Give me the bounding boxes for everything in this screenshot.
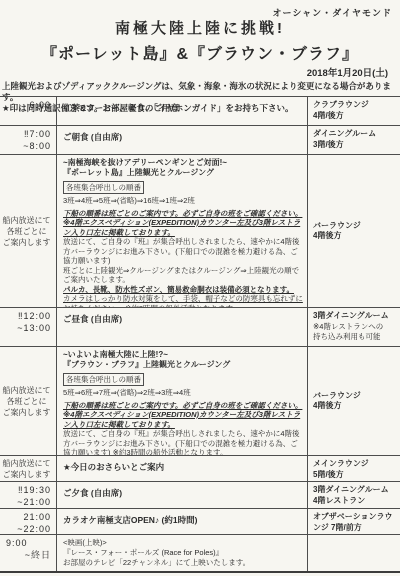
announce-line: 各班ごとに xyxy=(2,226,51,237)
call-order-sequence: 5班⇒6班⇒7班⇒(省略)⇒2班⇒3班⇒4班 xyxy=(63,388,303,398)
broadcast-paragraph: 放送にて、ご自身の『班』が集合呼出しされましたら、速やかに4階後方バーラウンジに… xyxy=(63,237,303,266)
location-deck: 5階/後方 xyxy=(313,470,398,481)
announce-cell: 船内放送にて 各班ごとに ご案内します xyxy=(0,155,57,307)
rotation-paragraph: 班ごとに上陸観光⇒クルージングまたはクルージング⇒上陸観光の順でご案内いたします… xyxy=(63,266,303,285)
location-name: クラブラウンジ xyxy=(313,100,398,111)
time-cell: ‼19:30 ~21:00 xyxy=(0,482,57,508)
location-deck: 4階後方 xyxy=(313,231,398,242)
time-end: ~終日 xyxy=(2,550,51,562)
announce-line: ご案内します xyxy=(2,237,51,248)
ship-name: オーシャン・ダイヤモンド xyxy=(273,6,392,19)
location-name: ダイニングルーム xyxy=(313,129,398,140)
event-cell: ご夕食 (自由席) xyxy=(57,482,308,508)
time-start: 9:00 xyxy=(2,538,51,550)
time-end: ~21:00 xyxy=(2,497,51,509)
time-start: ‼19:30 xyxy=(2,485,51,497)
row-breakfast: ‼7:00 ~8:00 ご朝食 (自由席) ダイニングルーム 3階/後方 xyxy=(0,126,400,155)
event-title: ★今日のおさらいとご案内 xyxy=(63,459,303,472)
event-cell: ~南極海峡を抜けアデリーペンギンとご対面!~ 『ポーレット島』上陸観光とクルージ… xyxy=(57,155,308,307)
event-cell: <映画(上映)> 『レース・フォー・ポールズ (Race for Poles)』… xyxy=(57,535,308,571)
time-cell: 21:00 ~22:00 xyxy=(0,509,57,534)
movie-channel-note: お部屋のテレビ「22チャンネル」にて上映いたします。 xyxy=(63,558,303,568)
movie-header: <映画(上映)> xyxy=(63,538,303,548)
announce-cell: 船内放送にて ご案内します xyxy=(0,456,57,481)
time-start: ‼12:00 xyxy=(2,311,51,323)
announce-line: 船内放送にて xyxy=(2,385,51,396)
camera-note: カメラはしっかり防水対策をして、手袋、帽子などの防寒具も忘れずにお持ちください。… xyxy=(63,294,303,307)
time-start: 21:00 xyxy=(2,512,51,524)
time-cell: ‼12:00 ~13:00 xyxy=(0,308,57,346)
location-deck: 4階/後方 xyxy=(313,111,398,122)
announce-line: 各班ごとに xyxy=(2,396,51,407)
event-title: ご昼食 (自由席) xyxy=(63,311,303,324)
location-name: バーラウンジ xyxy=(313,221,398,232)
location-cell: 3階ダイニングルーム 4階レストラン xyxy=(308,482,400,508)
daily-program-page: オーシャン・ダイヤモンド 南極大陸上陸に挑戦! 『ポーレット島』&『ブラウン・ブ… xyxy=(0,0,400,576)
program-date: 2018年1月20日(土) xyxy=(0,65,400,79)
location-name: オブザベーションラウンジ 7階/前方 xyxy=(313,512,398,533)
time-cell: 6:00 xyxy=(0,97,57,125)
location-cell: 3階ダイニングルーム ※4階レストランへの 持ち込み利用も可能 xyxy=(308,308,400,346)
time-cell: 9:00 ~終日 xyxy=(0,535,57,571)
row-lunch: ‼12:00 ~13:00 ご昼食 (自由席) 3階ダイニングルーム ※4階レス… xyxy=(0,308,400,347)
excursion-tagline: ~いよいよ南極大陸に上陸!?~ xyxy=(63,350,303,360)
excursion-title: 『ポーレット島』上陸観光とクルージング xyxy=(63,168,303,178)
location-cell: オブザベーションラウンジ 7階/前方 xyxy=(308,509,400,534)
disembark-notice: 下船の順番は班ごとのご案内です。必ずご自身の班をご確認ください。※4階エクスペデ… xyxy=(63,209,303,238)
event-cell: ご昼食 (自由席) xyxy=(57,308,308,346)
time-end: ~8:00 xyxy=(2,141,51,153)
location-name: バーラウンジ xyxy=(313,391,398,402)
location-name: メインラウンジ xyxy=(313,459,398,470)
location-cell: バーラウンジ 4階後方 xyxy=(308,155,400,307)
location-deck: 3階/後方 xyxy=(313,140,398,151)
call-order-sequence: 3班⇒4班⇒5班⇒(省略)⇒16班⇒1班⇒2班 xyxy=(63,196,303,206)
gear-requirement: パルカ、長靴、防水性ズボン、簡易救命胴衣は装備必須となります。 xyxy=(63,285,303,295)
announce-line: ご案内します xyxy=(2,469,51,480)
row-movie: 9:00 ~終日 <映画(上映)> 『レース・フォー・ポールズ (Race fo… xyxy=(0,535,400,571)
time-end: ~22:00 xyxy=(2,524,51,536)
row-daily-recap: 船内放送にて ご案内します ★今日のおさらいとご案内 メインラウンジ 5階/後方 xyxy=(0,456,400,482)
disembark-notice: 下船の順番は班ごとのご案内です。必ずご自身の班をご確認ください。※4階エクスペデ… xyxy=(63,401,303,430)
location-name: 4階レストラン xyxy=(313,496,398,507)
schedule-table: 6:00 紅茶&コーヒー、軽食のご用意 クラブラウンジ 4階/後方 ‼7:00 … xyxy=(0,96,400,573)
event-cell: ご朝食 (自由席) xyxy=(57,126,308,154)
movie-title: 『レース・フォー・ポールズ (Race for Poles)』 xyxy=(63,548,303,558)
event-cell: カラオケ南極支店OPEN♪ (約1時間) xyxy=(57,509,308,534)
row-brown-bluff-excursion: 船内放送にて 各班ごとに ご案内します ~いよいよ南極大陸に上陸!?~ 『ブラウ… xyxy=(0,347,400,456)
time-cell: ‼7:00 ~8:00 xyxy=(0,126,57,154)
location-cell xyxy=(308,535,400,571)
announce-line: 船内放送にて xyxy=(2,215,51,226)
event-cell: ★今日のおさらいとご案内 xyxy=(57,456,308,481)
event-cell: 紅茶&コーヒー、軽食のご用意 xyxy=(57,97,308,125)
excursion-title: 『ブラウン・ブラフ』上陸観光とクルージング xyxy=(63,360,303,370)
time-start: ‼7:00 xyxy=(2,129,51,141)
page-subtitle: 『ポーレット島』&『ブラウン・ブラフ』 xyxy=(0,41,400,64)
row-karaoke: 21:00 ~22:00 カラオケ南極支店OPEN♪ (約1時間) オブザベーシ… xyxy=(0,509,400,535)
location-cell: メインラウンジ 5階/後方 xyxy=(308,456,400,481)
location-name: 3階ダイニングルーム xyxy=(313,311,398,322)
broadcast-paragraph: 放送にて、ご自身の『班』が集合呼出しされましたら、速やかに4階後方バーラウンジに… xyxy=(63,429,303,455)
row-paulet-excursion: 船内放送にて 各班ごとに ご案内します ~南極海峡を抜けアデリーペンギンとご対面… xyxy=(0,155,400,308)
outdoor-duration-note: ※約3時間の船外活動となります。 xyxy=(123,304,240,308)
excursion-tagline: ~南極海峡を抜けアデリーペンギンとご対面!~ xyxy=(63,158,303,168)
location-cell: バーラウンジ 4階後方 xyxy=(308,347,400,455)
announce-line: ご案内します xyxy=(2,407,51,418)
location-note: ※4階レストランへの xyxy=(313,322,398,333)
location-cell: ダイニングルーム 3階/後方 xyxy=(308,126,400,154)
event-title: ご夕食 (自由席) xyxy=(63,485,303,498)
event-title: 紅茶&コーヒー、軽食のご用意 xyxy=(63,100,303,113)
announce-line: 船内放送にて xyxy=(2,458,51,469)
location-name: 3階ダイニングルーム xyxy=(313,485,398,496)
outdoor-duration-note: ※約3時間の船外活動となります。 xyxy=(111,448,228,455)
location-deck: 4階後方 xyxy=(313,401,398,412)
location-note: 持ち込み利用も可能 xyxy=(313,332,398,343)
time-end: ~13:00 xyxy=(2,323,51,335)
event-title: カラオケ南極支店OPEN♪ (約1時間) xyxy=(63,512,303,525)
call-order-label: 各班集合呼出しの順番 xyxy=(63,373,144,386)
location-cell: クラブラウンジ 4階/後方 xyxy=(308,97,400,125)
event-title: ご朝食 (自由席) xyxy=(63,129,303,142)
call-order-label: 各班集合呼出しの順番 xyxy=(63,181,144,194)
row-dinner: ‼19:30 ~21:00 ご夕食 (自由席) 3階ダイニングルーム 4階レスト… xyxy=(0,482,400,509)
announce-cell: 船内放送にて 各班ごとに ご案内します xyxy=(0,347,57,455)
event-cell: ~いよいよ南極大陸に上陸!?~ 『ブラウン・ブラフ』上陸観光とクルージング 各班… xyxy=(57,347,308,455)
row-morning-tea: 6:00 紅茶&コーヒー、軽食のご用意 クラブラウンジ 4階/後方 xyxy=(0,97,400,126)
